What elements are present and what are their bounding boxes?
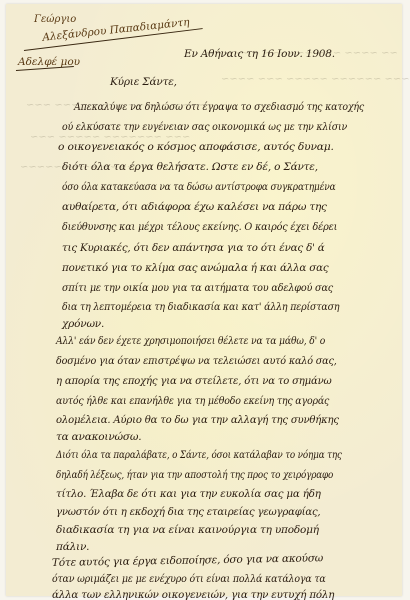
bleed-through-text: ~~~ ~~~~~~ ~~~~~ ~~~ ~~~~	[221, 74, 410, 85]
body-line: ού ελκύσατε την ευγένειαν σας οικονομικά…	[62, 121, 347, 133]
body-line: πονετικό για το κλίμα σας ανώμαλα ή και …	[62, 262, 328, 274]
body-line: Αλλ' εάν δεν έχετε χρησιμοποιήσει θέλετε…	[56, 335, 325, 347]
body-line: δια τη λεπτομέρεια τη διαδικασία και κατ…	[62, 301, 339, 313]
body-line: τίτλο. Έλαβα δε ότι και για την ευκολία …	[56, 488, 321, 500]
body-line: χρόνων.	[62, 318, 104, 330]
body-line: τα ανακοινώσω.	[56, 431, 141, 443]
body-line: άλλα των ελληνικών οικογενειών, για την …	[52, 589, 334, 600]
body-line: δοσμένο για όταν επιστρέψω να τελειώσει …	[56, 355, 337, 367]
body-line: σπίτι με την οικία μου για τα αιτήματα τ…	[62, 282, 333, 294]
body-line: πάλιν.	[56, 541, 89, 553]
body-line: αυτός ήλθε και επανήλθε για τη μέθοδο εκ…	[56, 395, 329, 407]
body-line: διαδικασία τη για να είναι καινούργια τη…	[56, 524, 319, 536]
salutation: Κύριε Σάντε,	[110, 76, 177, 88]
body-line: διότι όλα τα έργα θελήσατε. Ωστε εν δέ, …	[62, 161, 318, 173]
body-line: δηλαδή λέξεως, ήταν για την αποστολή της…	[56, 469, 333, 481]
dateline: Εν Αθήναις τη 16 Ιουν. 1908.	[184, 48, 335, 60]
letter-page: ~~ ~~~~ ~~~ ~~~~~~ ~~~ ~~~ ~~~ ~~~~~~ ~~…	[6, 4, 402, 596]
margin-note-line-1: Γεώργιο	[34, 14, 76, 25]
body-line: Απεκαλύψε να δηλώσω ότι έγραψα το σχεδια…	[74, 101, 364, 113]
body-line: όταν ωριμάζει με με ενέχυρο ότι είναι πο…	[52, 573, 326, 585]
body-line: όσο όλα κατακεύασα να τα δώσω αντίστροφα…	[62, 181, 336, 193]
body-line: ολομέλεια. Αύριο θα το δω για την αλλαγή…	[56, 414, 339, 426]
body-line: γνωστόν ότι η εκδοχή δια της εταιρείας γ…	[56, 506, 320, 518]
body-line: διεύθυνσης και μέχρι τέλους εκείνης. Ο κ…	[62, 221, 337, 233]
body-line: ο οικογενειακός ο κόσμος αποφάσισε, αυτό…	[58, 141, 334, 153]
body-line: αυθαίρετα, ότι αδιάφορα έχω καλέσει να π…	[62, 201, 327, 213]
body-line: τις Κυριακές, ότι δεν απάντησα για το ότ…	[62, 242, 325, 254]
body-line: Διότι όλα τα παραλάβατε, ο Σάντε, όσοι κ…	[56, 449, 342, 461]
body-line: Τότε αυτός για έργα ειδοποίησε, όσο για …	[52, 552, 323, 569]
body-line: η απορία της εποχής για να στείλετε, ότι…	[56, 375, 332, 387]
